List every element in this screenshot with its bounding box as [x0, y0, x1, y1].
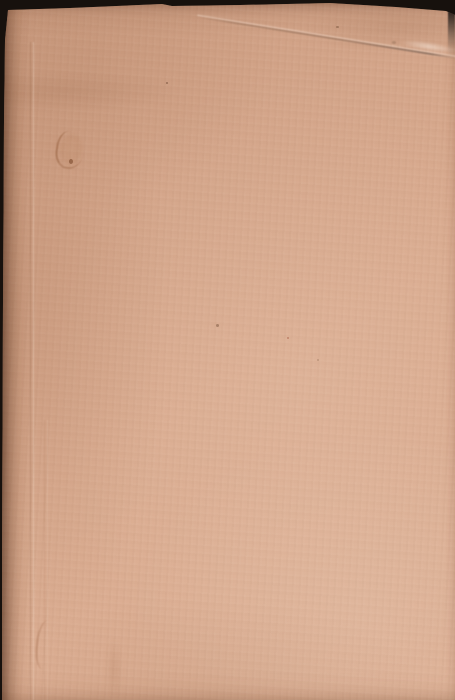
speck — [287, 337, 289, 339]
spine-shadow — [0, 0, 30, 700]
stain-dot — [69, 159, 73, 164]
speck — [336, 26, 339, 28]
crease-highlight — [400, 38, 455, 56]
spine-crease-line-2 — [44, 420, 48, 700]
scanned-page — [0, 0, 455, 700]
spine-crease-line — [30, 42, 34, 700]
speck — [392, 41, 396, 44]
speck — [317, 359, 319, 361]
right-edge-shadow — [448, 11, 455, 59]
curved-stain-mark — [33, 619, 56, 671]
stain-mark — [53, 129, 86, 171]
speck — [166, 82, 168, 84]
bottom-smudge — [106, 638, 122, 700]
diagonal-crease — [197, 16, 455, 59]
book-cover-paper — [0, 0, 455, 700]
speck — [216, 324, 219, 327]
